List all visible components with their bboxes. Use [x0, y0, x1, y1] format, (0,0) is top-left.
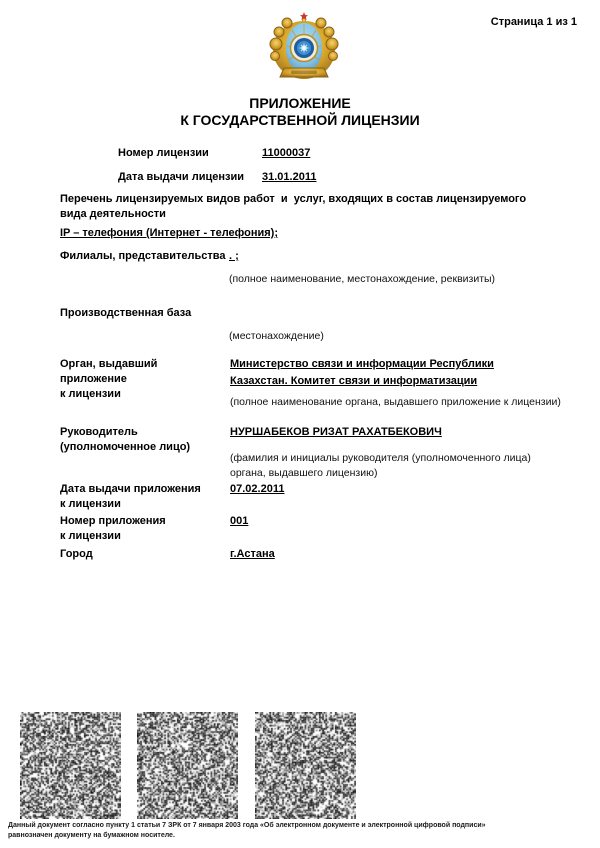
legal-footer-note: Данный документ согласно пункту 1 статьи…	[8, 821, 488, 841]
appendix-number-label: Номер приложения к лицензии	[60, 514, 240, 544]
licensed-works-heading: Перечень лицензируемых видов работ и усл…	[60, 192, 552, 222]
production-base-label: Производственная база	[60, 306, 191, 321]
signature-barcode-1	[20, 712, 121, 819]
document-title: ПРИЛОЖЕНИЕ К ГОСУДАРСТВЕННОЙ ЛИЦЕНЗИИ	[0, 95, 600, 129]
production-base-hint: (местонахождение)	[229, 329, 324, 344]
branches-value: . ;	[229, 248, 239, 265]
head-label: Руководитель (уполномоченное лицо)	[60, 425, 225, 455]
branches-label: Филиалы, представительства	[60, 249, 225, 264]
issuing-authority-label: Орган, выдавший приложение к лицензии	[60, 357, 225, 402]
issuing-authority-hint: (полное наименование органа, выдавшего п…	[230, 395, 561, 410]
signature-barcode-3	[255, 712, 356, 819]
branches-hint: (полное наименование, местонахождение, р…	[229, 272, 495, 287]
document-title-line1: ПРИЛОЖЕНИЕ	[0, 95, 600, 112]
document-title-line2: К ГОСУДАРСТВЕННОЙ ЛИЦЕНЗИИ	[0, 112, 600, 129]
signature-barcode-2	[137, 712, 238, 819]
license-number-label: Номер лицензии	[118, 146, 209, 161]
kazakhstan-coat-of-arms-icon	[267, 10, 341, 84]
head-value: НУРШАБЕКОВ РИЗАТ РАХАТБЕКОВИЧ	[230, 424, 442, 441]
city-value: г.Астана	[230, 546, 275, 563]
license-appendix-document: Страница 1 из 1	[0, 0, 600, 848]
appendix-issue-date-value: 07.02.2011	[230, 481, 284, 498]
license-issue-date-label: Дата выдачи лицензии	[118, 170, 244, 185]
license-number-value: 11000037	[262, 145, 310, 162]
licensed-works-item: IP – телефония (Интернет - телефония);	[60, 227, 278, 239]
issuing-authority-value: Министерство связи и информации Республи…	[230, 356, 520, 390]
head-hint: (фамилия и инициалы руководителя (уполно…	[230, 451, 560, 481]
appendix-number-value: 001	[230, 513, 248, 530]
appendix-issue-date-label: Дата выдачи приложения к лицензии	[60, 482, 240, 512]
city-label: Город	[60, 547, 93, 562]
page-indicator: Страница 1 из 1	[491, 16, 577, 28]
license-issue-date-value: 31.01.2011	[262, 169, 316, 186]
